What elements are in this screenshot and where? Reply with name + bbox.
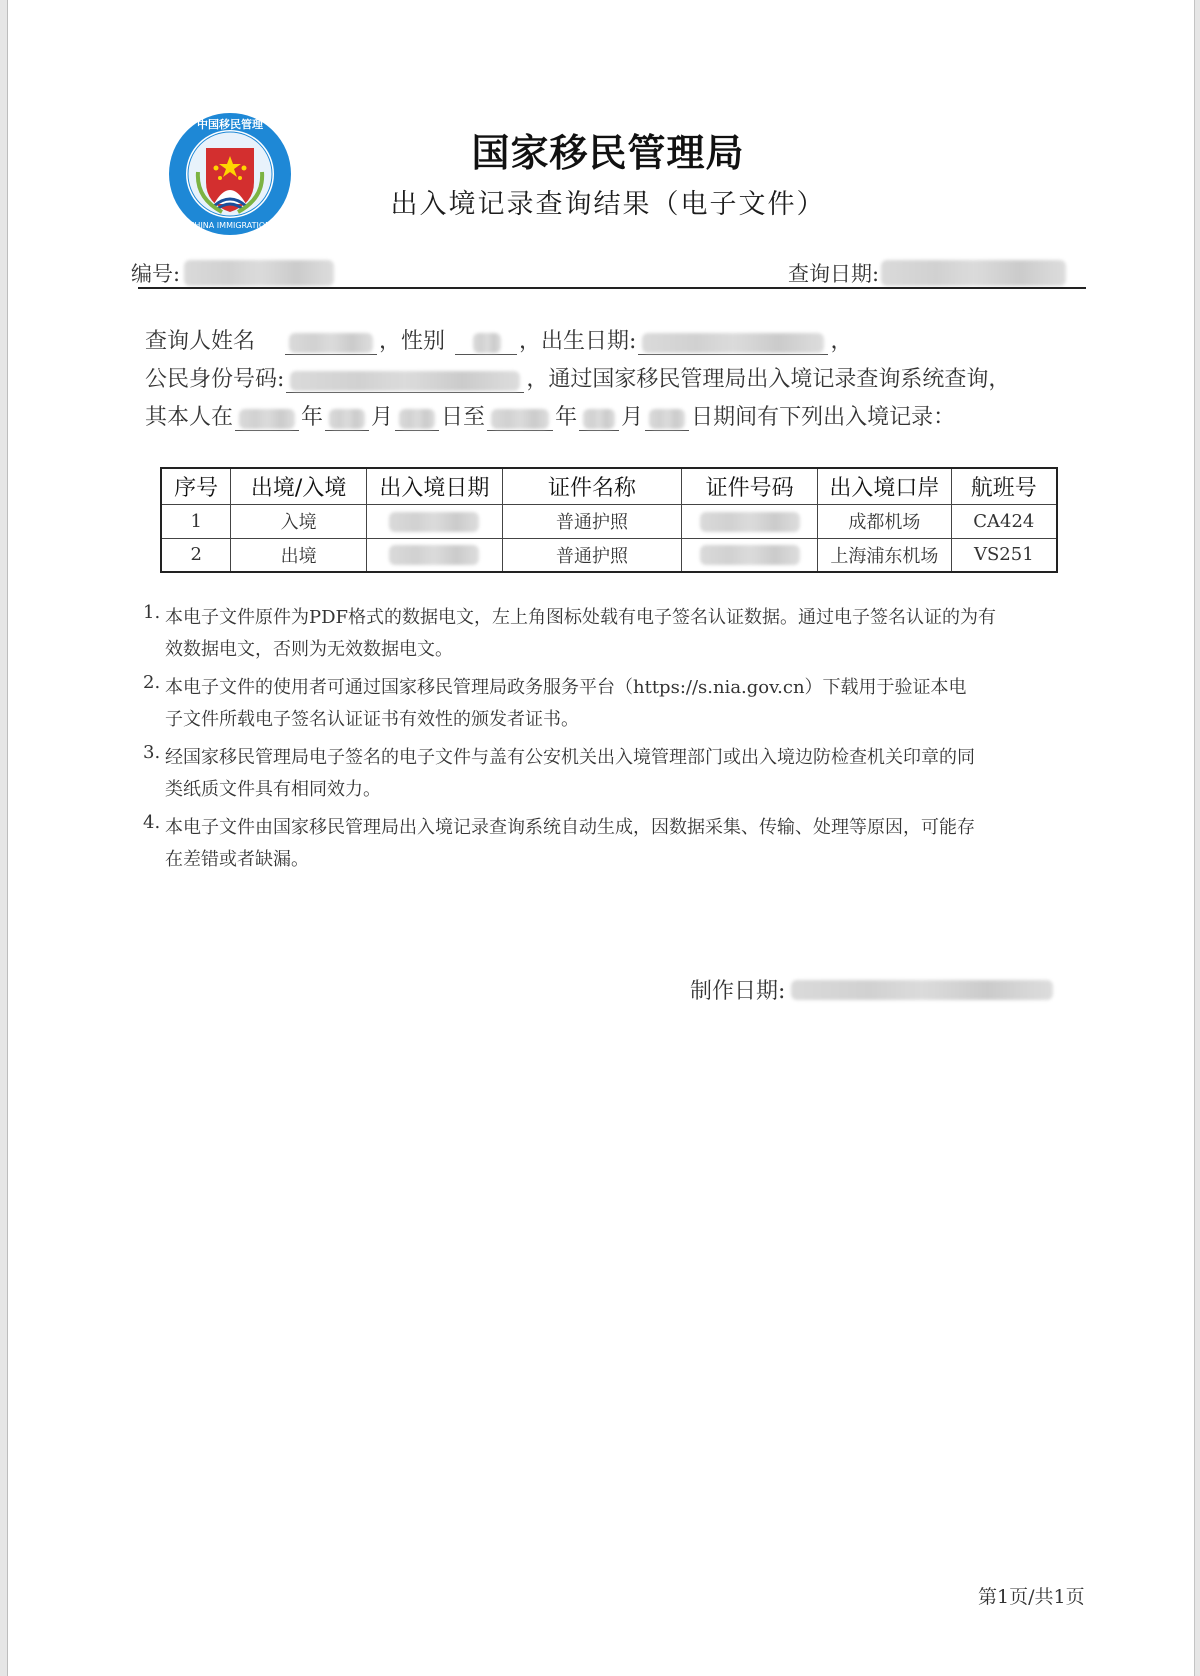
note-number: 3. <box>143 742 165 806</box>
end-month-blank <box>579 407 619 431</box>
column-header: 证件号码 <box>682 468 818 504</box>
month-label: 月 <box>371 400 393 431</box>
column-header: 序号 <box>161 468 231 504</box>
page-indicator: 第1页/共1页 <box>978 1582 1085 1609</box>
serial-number-redacted <box>184 260 334 286</box>
document-page: 中国移民管理 CHINA IMMIGRATION 国家移民管理局 出入境记录查询… <box>7 0 1195 1676</box>
note-item: 1. 本电子文件原件为PDF格式的数据电文，左上角图标处载有电子签名认证数据。通… <box>143 602 1083 666</box>
port: 成都机场 <box>818 504 952 538</box>
row-number: 2 <box>161 538 231 572</box>
column-header: 出境/入境 <box>231 468 367 504</box>
note-text: 本电子文件原件为PDF格式的数据电文，左上角图标处载有电子签名认证数据。通过电子… <box>165 602 996 666</box>
year-label: 年 <box>555 400 577 431</box>
period-suffix: 日期间有下列出入境记录： <box>691 400 955 431</box>
year-label: 年 <box>301 400 323 431</box>
flight-number: VS251 <box>951 538 1057 572</box>
start-month-blank <box>325 407 369 431</box>
document-number-redacted <box>682 504 818 538</box>
emblem-ring-text-en: CHINA IMMIGRATION <box>189 221 271 230</box>
table-header-row: 序号 出境/入境 出入境日期 证件名称 证件号码 出入境口岸 航班号 <box>161 468 1057 504</box>
name-label: 查询人姓名 <box>145 324 255 355</box>
serial-number-label: 编号: <box>131 258 180 288</box>
name-blank <box>285 331 377 355</box>
made-date-field: 制作日期: <box>690 974 1053 1005</box>
dob-blank <box>638 331 828 355</box>
header-divider <box>138 287 1086 289</box>
period-prefix: 其本人在 <box>145 400 233 431</box>
document-number-redacted <box>682 538 818 572</box>
made-date-label: 制作日期: <box>690 974 785 1005</box>
flight-number: CA424 <box>951 504 1057 538</box>
start-day-blank <box>395 407 439 431</box>
day-to-label: 日至 <box>441 400 485 431</box>
month-label: 月 <box>621 400 643 431</box>
china-immigration-emblem-icon: 中国移民管理 CHINA IMMIGRATION <box>168 112 292 236</box>
emblem-ring-text-cn: 中国移民管理 <box>197 117 264 131</box>
direction: 出境 <box>231 538 367 572</box>
port: 上海浦东机场 <box>818 538 952 572</box>
direction: 入境 <box>231 504 367 538</box>
statement-line-2: 公民身份号码: ，通过国家移民管理局出入境记录查询系统查询， <box>145 362 1010 393</box>
column-header: 出入境口岸 <box>818 468 952 504</box>
end-year-blank <box>487 407 553 431</box>
id-number-blank <box>286 369 524 393</box>
document-title: 出入境记录查询结果（电子文件） <box>363 182 853 221</box>
dob-label: ，出生日期: <box>519 324 636 355</box>
column-header: 证件名称 <box>502 468 681 504</box>
gender-blank <box>455 331 517 355</box>
note-number: 1. <box>143 602 165 666</box>
notes-list: 1. 本电子文件原件为PDF格式的数据电文，左上角图标处载有电子签名认证数据。通… <box>143 602 1083 882</box>
document-name: 普通护照 <box>502 538 681 572</box>
statement-line-3: 其本人在 年 月 日至 年 月 日期间有下列出入境记录： <box>145 400 955 431</box>
travel-date-redacted <box>366 538 502 572</box>
table-row: 1 入境 普通护照 成都机场 CA424 <box>161 504 1057 538</box>
note-item: 4. 本电子文件由国家移民管理局出入境记录查询系统自动生成，因数据采集、传输、处… <box>143 812 1083 876</box>
gender-label: ，性别 <box>379 324 445 355</box>
note-text: 经国家移民管理局电子签名的电子文件与盖有公安机关出入境管理部门或出入境边防检查机… <box>165 742 975 806</box>
note-item: 2. 本电子文件的使用者可通过国家移民管理局政务服务平台（https://s.n… <box>143 672 1083 736</box>
travel-date-redacted <box>366 504 502 538</box>
entry-exit-records-table: 序号 出境/入境 出入境日期 证件名称 证件号码 出入境口岸 航班号 1 入境 … <box>160 467 1058 573</box>
document-name: 普通护照 <box>502 504 681 538</box>
note-number: 4. <box>143 812 165 876</box>
punctuation: ， <box>830 324 852 355</box>
column-header: 出入境日期 <box>366 468 502 504</box>
row-number: 1 <box>161 504 231 538</box>
statement-line-1: 查询人姓名 ，性别 ，出生日期: ， <box>145 324 852 355</box>
start-year-blank <box>235 407 299 431</box>
note-text: 本电子文件的使用者可通过国家移民管理局政务服务平台（https://s.nia.… <box>165 672 967 736</box>
end-day-blank <box>645 407 689 431</box>
note-number: 2. <box>143 672 165 736</box>
serial-number-field: 编号: <box>131 258 334 288</box>
table-row: 2 出境 普通护照 上海浦东机场 VS251 <box>161 538 1057 572</box>
agency-name: 国家移民管理局 <box>448 122 768 177</box>
made-date-redacted <box>791 980 1053 1000</box>
column-header: 航班号 <box>951 468 1057 504</box>
id-number-label: 公民身份号码: <box>145 362 284 393</box>
query-date-redacted <box>881 260 1066 286</box>
statement-query-text: ，通过国家移民管理局出入境记录查询系统查询， <box>526 362 1010 393</box>
note-item: 3. 经国家移民管理局电子签名的电子文件与盖有公安机关出入境管理部门或出入境边防… <box>143 742 1083 806</box>
query-date-field: 查询日期: <box>788 258 1066 288</box>
query-date-label: 查询日期: <box>788 258 879 288</box>
note-text: 本电子文件由国家移民管理局出入境记录查询系统自动生成，因数据采集、传输、处理等原… <box>165 812 975 876</box>
